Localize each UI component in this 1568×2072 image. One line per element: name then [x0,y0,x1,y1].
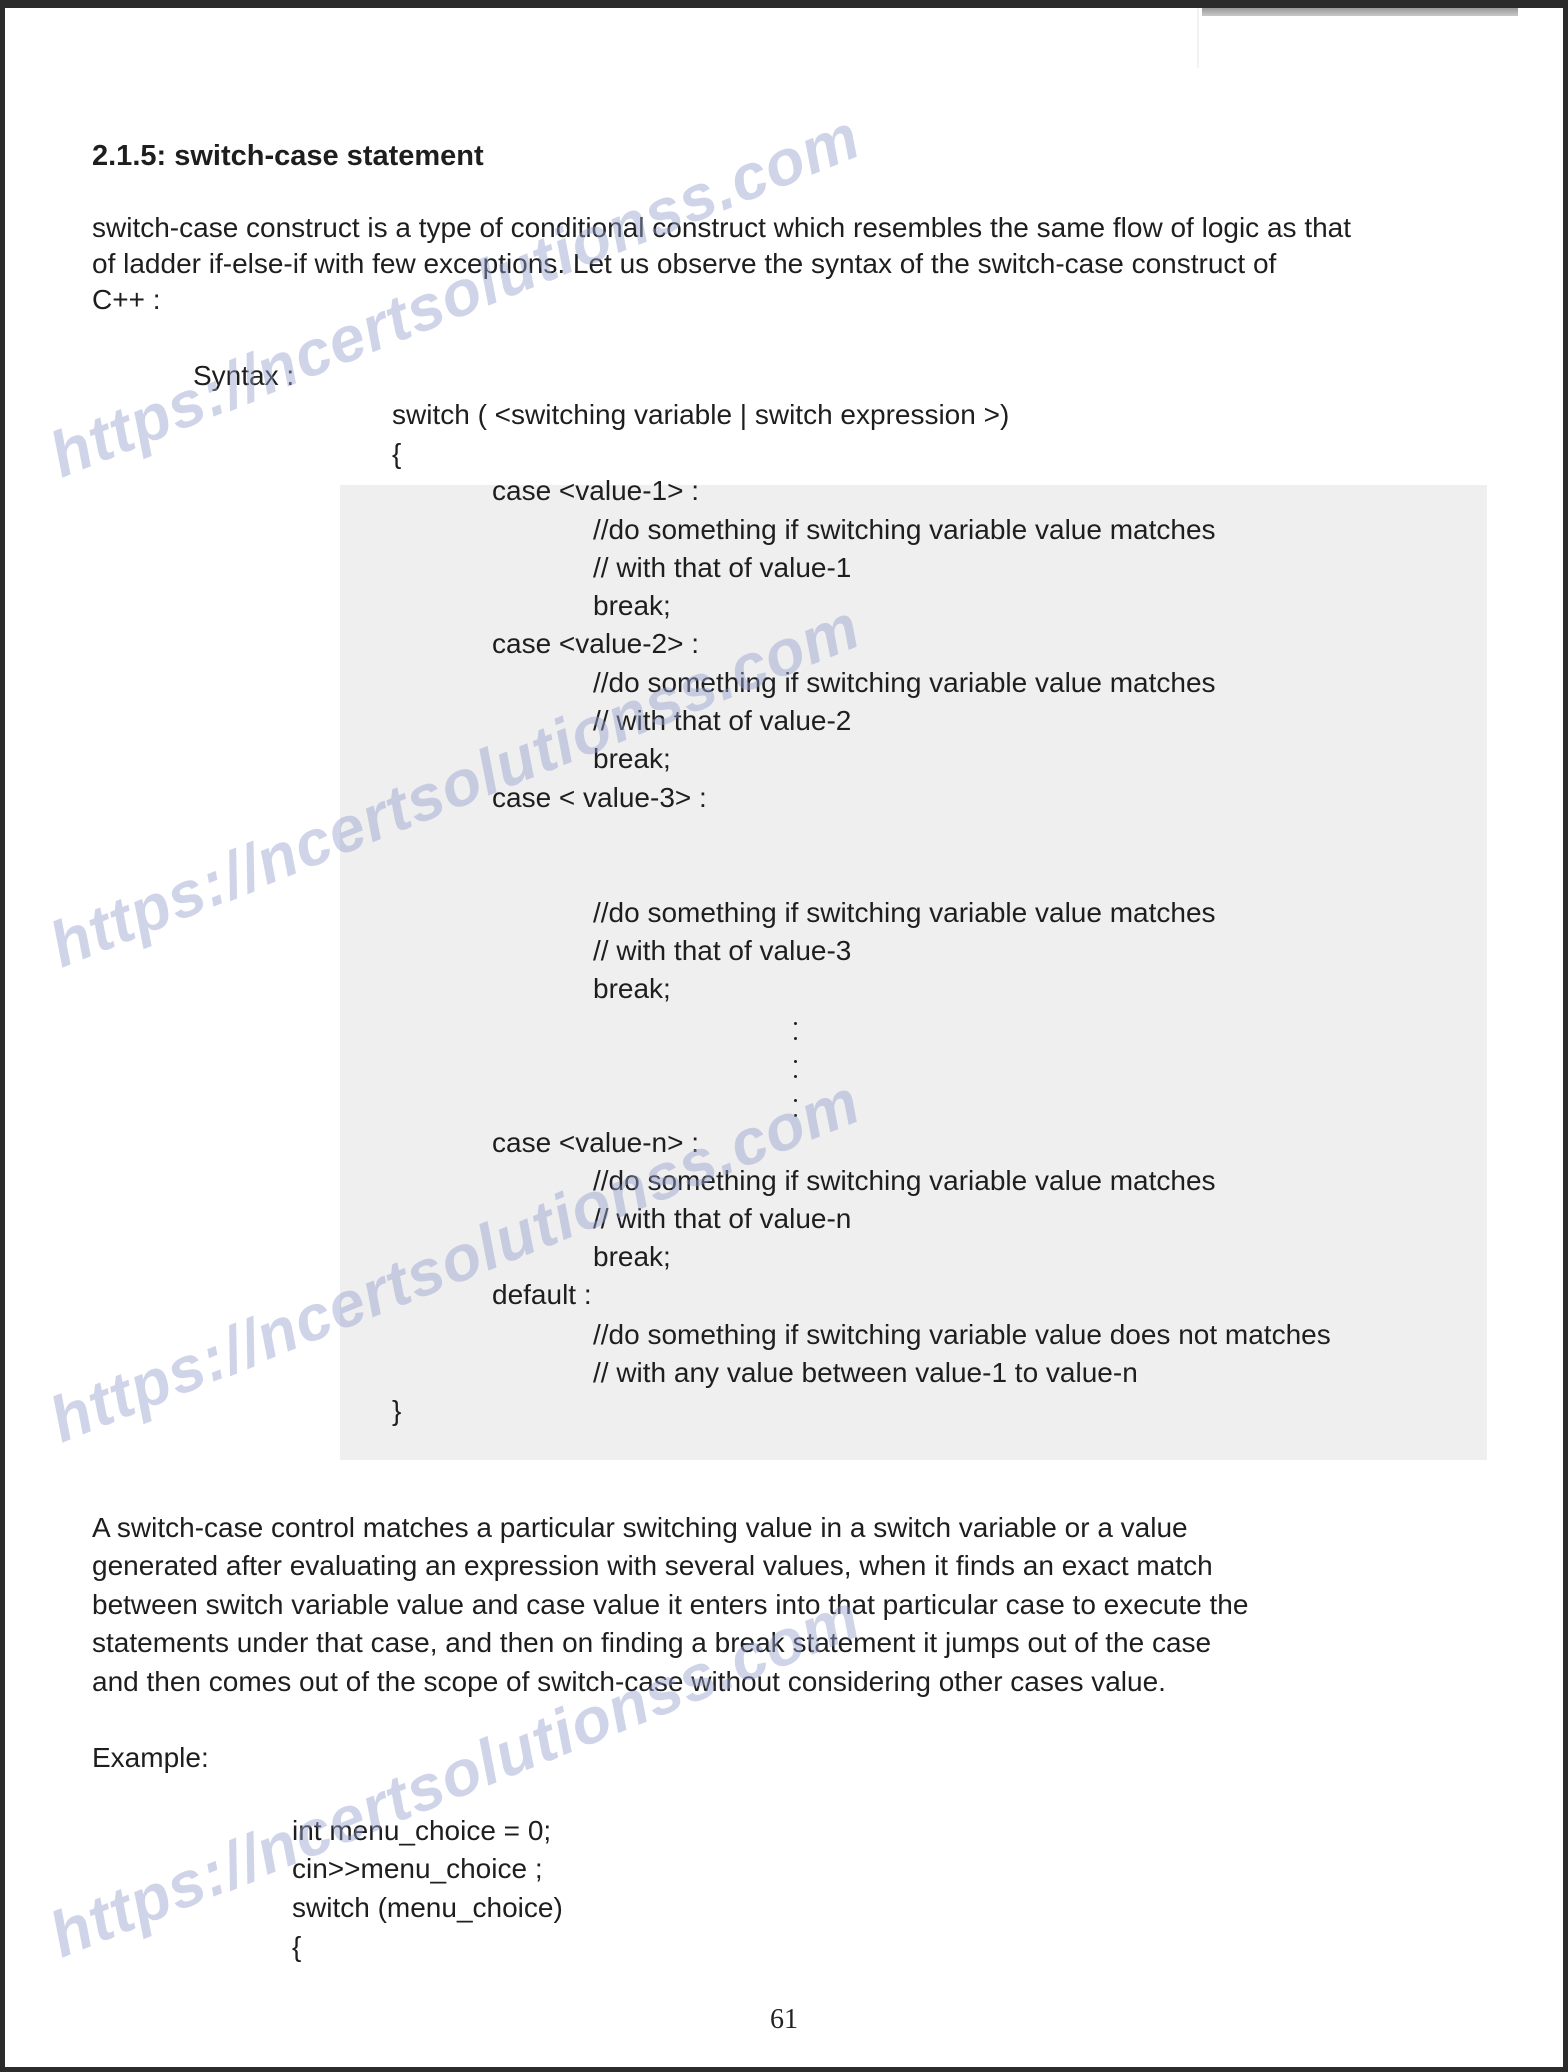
document-page: 2.1.5: switch-case statement switch-case… [5,8,1563,2067]
intro-line: switch-case construct is a type of condi… [92,210,1512,246]
default-comment: //do something if switching variable val… [593,1319,1331,1351]
case-3-comment: // with that of value-3 [593,935,851,967]
case-2-label: case <value-2> : [492,628,699,660]
example-code-line: switch (menu_choice) [292,1892,563,1924]
case-3-label: case < value-3> : [492,782,707,814]
case-n-comment: // with that of value-n [593,1203,851,1235]
scan-artifact-edge [1197,8,1199,68]
example-code-line: cin>>menu_choice ; [292,1853,543,1885]
case-1-comment: //do something if switching variable val… [593,514,1216,546]
open-brace: { [392,438,401,470]
explanation-line: statements under that case, and then on … [92,1625,1512,1661]
default-label: default : [492,1279,592,1311]
example-code-line: int menu_choice = 0; [292,1815,551,1847]
case-1-label: case <value-1> : [492,475,699,507]
explanation-line: and then comes out of the scope of switc… [92,1664,1512,1700]
example-label: Example: [92,1740,1512,1776]
intro-line: of ladder if-else-if with few exceptions… [92,246,1512,282]
switch-line: switch ( <switching variable | switch ex… [392,399,1009,431]
case-2-comment: // with that of value-2 [593,705,851,737]
section-heading: 2.1.5: switch-case statement [92,140,484,173]
syntax-label: Syntax : [193,360,294,392]
case-1-break: break; [593,590,671,622]
scan-artifact [1202,8,1518,16]
case-n-label: case <value-n> : [492,1127,699,1159]
explanation-line: A switch-case control matches a particul… [92,1510,1512,1546]
explanation-line: generated after evaluating an expression… [92,1548,1512,1584]
page-number: 61 [5,2004,1563,2036]
intro-line: C++ : [92,282,1512,318]
explanation-line: between switch variable value and case v… [92,1587,1512,1623]
example-code-line: { [292,1931,301,1963]
case-2-comment: //do something if switching variable val… [593,667,1216,699]
close-brace: } [392,1395,401,1427]
case-3-comment: //do something if switching variable val… [593,897,1216,929]
default-comment: // with any value between value-1 to val… [593,1357,1138,1389]
case-1-comment: // with that of value-1 [593,552,851,584]
case-n-comment: //do something if switching variable val… [593,1165,1216,1197]
case-3-break: break; [593,973,671,1005]
case-n-break: break; [593,1241,671,1273]
case-2-break: break; [593,743,671,775]
